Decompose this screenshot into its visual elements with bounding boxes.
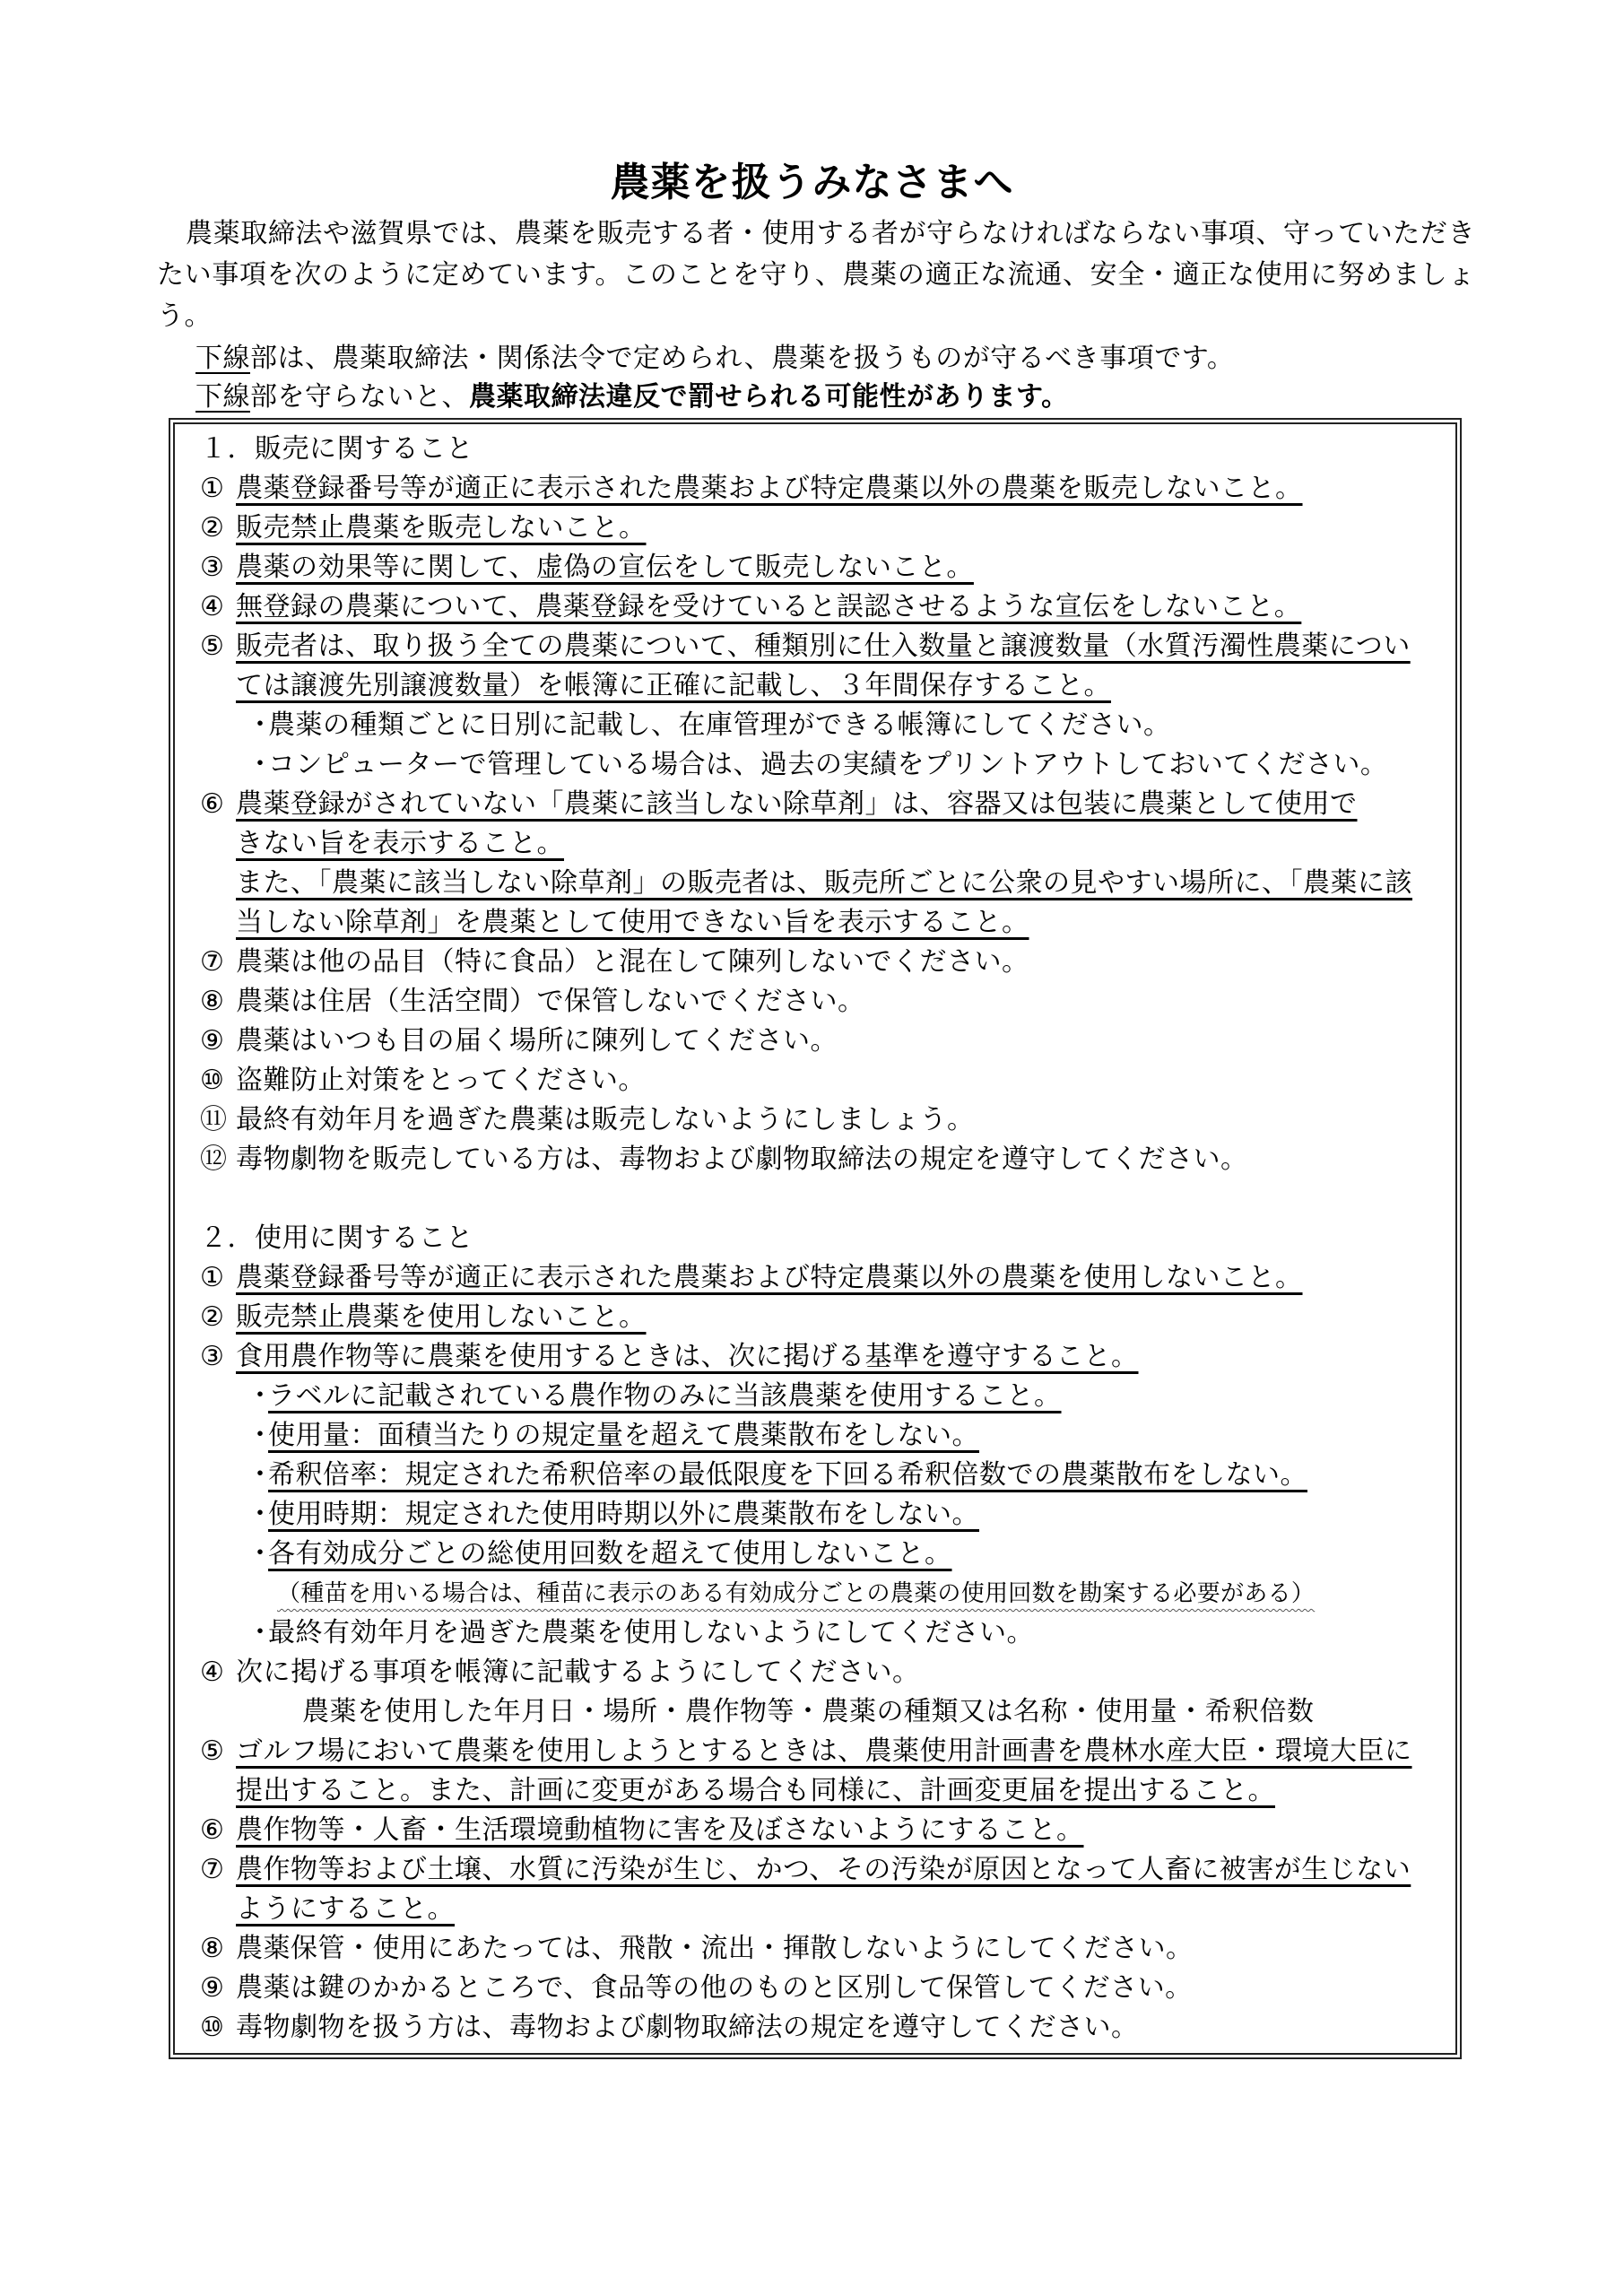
list-item: ⑫毒物劇物を販売している方は、毒物および劇物取締法の規定を遵守してください。 <box>196 1140 1446 1179</box>
bullet-text: 各有効成分ごとの総使用回数を超えて使用しないこと。 <box>247 1535 952 1574</box>
underline-legend-text: 部は、農薬取締法・関係法令で定められ、農薬を扱うものが守るべき事項です。 <box>250 343 1234 374</box>
bullet-text: コンピューターで管理している場合は、過去の実績をプリントアウトしておいてください… <box>247 745 1387 785</box>
item-line-text: 販売者は、取り扱う全ての農薬について、種類別に仕入数量と譲渡数量（水質汚濁性農薬… <box>236 631 1411 662</box>
item-line-text: 次に掲げる事項を帳簿に記載するようにしてください。 <box>236 1657 920 1688</box>
bullet-text: 最終有効年月を過ぎた農薬を使用しないようにしてください。 <box>247 1613 1034 1653</box>
list-item: ⑩盗難防止対策をとってください。 <box>196 1061 1446 1100</box>
item-line-text: ようにすること。 <box>236 1893 455 1925</box>
item-line-text: 盗難防止対策をとってください。 <box>236 1065 646 1096</box>
item-text: 無登録の農薬について、農薬登録を受けていると誤認させるような宣伝をしないこと。 <box>236 587 1446 627</box>
item-line-text: 農作物等・人畜・生活環境動植物に害を及ぼさないようにすること。 <box>236 1814 1084 1846</box>
circled-number: ④ <box>200 1653 224 1692</box>
item-line: 農薬の効果等に関して、虚偽の宣伝をして販売しないこと。 <box>236 548 1446 587</box>
list-item: ⑤ゴルフ場において農薬を使用しようとするときは、農薬使用計画書を農林水産大臣・環… <box>196 1732 1446 1811</box>
item-line: 農薬は他の品目（特に食品）と混在して陳列しないでください。 <box>236 943 1446 982</box>
bullet-dot: ・ <box>247 1495 274 1535</box>
sales-items: ①農薬登録番号等が適正に表示された農薬および特定農薬以外の農薬を販売しないこと。… <box>196 469 1446 1179</box>
item-line: 食用農作物等に農薬を使用するときは、次に掲げる基準を遵守すること。 <box>236 1337 1446 1377</box>
circled-number: ④ <box>200 587 224 627</box>
item-line-text: 農薬は住居（生活空間）で保管しないでください。 <box>236 986 865 1017</box>
item-line: 提出すること。また、計画に変更がある場合も同様に、計画変更届を提出すること。 <box>236 1771 1446 1811</box>
penalty-warning-note: 下線部を守らないと、農薬取締法違反で罰せられる可能性があります。 <box>195 378 1469 417</box>
item-line-text: 無登録の農薬について、農薬登録を受けていると誤認させるような宣伝をしないこと。 <box>236 591 1301 622</box>
item-text: 農作物等・人畜・生活環境動植物に害を及ぼさないようにすること。 <box>236 1811 1446 1850</box>
item-text: 農薬は他の品目（特に食品）と混在して陳列しないでください。 <box>236 943 1446 982</box>
item-line-text: ゴルフ場において農薬を使用しようとするときは、農薬使用計画書を農林水産大臣・環境… <box>236 1735 1412 1767</box>
bullet-text: ラベルに記載されている農作物のみに当該農薬を使用すること。 <box>247 1377 1062 1416</box>
circled-number: ⑤ <box>200 1732 224 1771</box>
item-text: 農薬登録番号等が適正に表示された農薬および特定農薬以外の農薬を使用しないこと。 <box>236 1258 1446 1298</box>
item-line: 農作物等および土壌、水質に汚染が生じ、かつ、その汚染が原因となって人畜に被害が生… <box>236 1850 1446 1890</box>
list-item: ④無登録の農薬について、農薬登録を受けていると誤認させるような宣伝をしないこと。 <box>196 587 1446 627</box>
list-item: ①農薬登録番号等が適正に表示された農薬および特定農薬以外の農薬を販売しないこと。 <box>196 469 1446 509</box>
item-line: 毒物劇物を販売している方は、毒物および劇物取締法の規定を遵守してください。 <box>236 1140 1446 1179</box>
item-line: ようにすること。 <box>236 1890 1446 1929</box>
circled-number: ① <box>200 1258 224 1298</box>
item-text: 次に掲げる事項を帳簿に記載するようにしてください。 <box>236 1653 1446 1692</box>
item-line: 農薬は鍵のかかるところで、食品等の他のものと区別して保管してください。 <box>236 1969 1446 2008</box>
bullet-text: 農薬の種類ごとに日別に記載し、在庫管理ができる帳簿にしてください。 <box>247 706 1171 745</box>
list-item: ⑩毒物劇物を扱う方は、毒物および劇物取締法の規定を遵守してください。 <box>196 2008 1446 2048</box>
item-line: また、「農薬に該当しない除草剤」の販売者は、販売所ごとに公衆の見やすい場所に、「… <box>236 864 1446 903</box>
item-line: 最終有効年月を過ぎた農薬は販売しないようにしましょう。 <box>236 1100 1446 1140</box>
bullet-dot: ・ <box>247 1377 274 1416</box>
bullet-text: 使用量：面積当たりの規定量を超えて農薬散布をしない。 <box>247 1416 979 1456</box>
item-line: ゴルフ場において農薬を使用しようとするときは、農薬使用計画書を農林水産大臣・環境… <box>236 1732 1446 1771</box>
list-item: ⑤販売者は、取り扱う全ての農薬について、種類別に仕入数量と譲渡数量（水質汚濁性農… <box>196 627 1446 706</box>
list-item: ⑪最終有効年月を過ぎた農薬は販売しないようにしましょう。 <box>196 1100 1446 1140</box>
circled-number: ⑤ <box>200 627 224 666</box>
item-text: 農薬は鍵のかかるところで、食品等の他のものと区別して保管してください。 <box>236 1969 1446 2008</box>
bullet-item: ・農薬の種類ごとに日別に記載し、在庫管理ができる帳簿にしてください。 <box>196 706 1446 745</box>
seed-usage-note: （種苗を用いる場合は、種苗に表示のある有効成分ごとの農薬の使用回数を勘案する必要… <box>196 1574 1446 1613</box>
circled-number: ② <box>200 509 224 548</box>
item-line: 農薬登録がされていない「農薬に該当しない除草剤」は、容器又は包装に農薬として使用… <box>236 785 1446 824</box>
item-line-text: 毒物劇物を扱う方は、毒物および劇物取締法の規定を遵守してください。 <box>236 2012 1139 2043</box>
circled-number: ③ <box>200 548 224 587</box>
list-item: ②販売禁止農薬を販売しないこと。 <box>196 509 1446 548</box>
list-item: ⑥農作物等・人畜・生活環境動植物に害を及ぼさないようにすること。 <box>196 1811 1446 1850</box>
list-item: ⑧農薬は住居（生活空間）で保管しないでください。 <box>196 982 1446 1022</box>
item-line-text: 農作物等および土壌、水質に汚染が生じ、かつ、その汚染が原因となって人畜に被害が生… <box>236 1854 1411 1885</box>
bullet-dot: ・ <box>247 706 274 745</box>
item-line-text: 農薬は鍵のかかるところで、食品等の他のものと区別して保管してください。 <box>236 1972 1193 2004</box>
item-line-text: 毒物劇物を販売している方は、毒物および劇物取締法の規定を遵守してください。 <box>236 1144 1248 1175</box>
item-line: 販売禁止農薬を販売しないこと。 <box>236 509 1446 548</box>
circled-number: ⑩ <box>200 2008 224 2048</box>
bullet-item: ・使用量：面積当たりの規定量を超えて農薬散布をしない。 <box>196 1416 1446 1456</box>
penalty-warning-bold: 農薬取締法違反で罰せられる可能性があります。 <box>469 381 1069 413</box>
item-line-text: 食用農作物等に農薬を使用するときは、次に掲げる基準を遵守すること。 <box>236 1341 1139 1372</box>
bullet-dot: ・ <box>247 1535 274 1574</box>
item-text: 販売禁止農薬を販売しないこと。 <box>236 509 1446 548</box>
circled-number: ⑥ <box>200 785 224 824</box>
bullet-item: ・コンピューターで管理している場合は、過去の実績をプリントアウトしておいてくださ… <box>196 745 1446 785</box>
bullet-dot: ・ <box>247 1416 274 1456</box>
item-line-text: 提出すること。また、計画に変更がある場合も同様に、計画変更届を提出すること。 <box>236 1775 1275 1806</box>
item-line-text: 当しない除草剤」を農薬として使用できない旨を表示すること。 <box>236 907 1029 938</box>
item-line-text: 最終有効年月を過ぎた農薬は販売しないようにしましょう。 <box>236 1104 975 1135</box>
list-item: ⑨農薬は鍵のかかるところで、食品等の他のものと区別して保管してください。 <box>196 1969 1446 2008</box>
section-heading-sales: １．販売に関すること <box>196 430 1446 469</box>
use-items: ①農薬登録番号等が適正に表示された農薬および特定農薬以外の農薬を使用しないこと。… <box>196 1258 1446 2048</box>
item-line-text: 販売禁止農薬を販売しないこと。 <box>236 512 647 544</box>
bullet-item: ・希釈倍率：規定された希釈倍率の最低限度を下回る希釈倍数での農薬散布をしない。 <box>196 1456 1446 1495</box>
circled-number: ③ <box>200 1337 224 1377</box>
item-text: 毒物劇物を販売している方は、毒物および劇物取締法の規定を遵守してください。 <box>236 1140 1446 1179</box>
bullet-dot: ・ <box>247 1456 274 1495</box>
bullet-item: ・使用時期：規定された使用時期以外に農薬散布をしない。 <box>196 1495 1446 1535</box>
item-line: 販売者は、取り扱う全ての農薬について、種類別に仕入数量と譲渡数量（水質汚濁性農薬… <box>236 627 1446 666</box>
item-text: 農薬登録番号等が適正に表示された農薬および特定農薬以外の農薬を販売しないこと。 <box>236 469 1446 509</box>
list-item: ③農薬の効果等に関して、虚偽の宣伝をして販売しないこと。 <box>196 548 1446 587</box>
item-text: 食用農作物等に農薬を使用するときは、次に掲げる基準を遵守すること。 <box>236 1337 1446 1377</box>
item-line-text: 農薬は他の品目（特に食品）と混在して陳列しないでください。 <box>236 946 1029 978</box>
item-line-text: きない旨を表示すること。 <box>236 828 564 859</box>
underline-sample: 下線 <box>195 343 250 374</box>
item-text: 最終有効年月を過ぎた農薬は販売しないようにしましょう。 <box>236 1100 1446 1140</box>
circled-number: ② <box>200 1298 224 1337</box>
page-title: 農薬を扱うみなさまへ <box>0 158 1624 208</box>
circled-number: ⑧ <box>200 1929 224 1969</box>
item-text: 農薬はいつも目の届く場所に陳列してください。 <box>236 1022 1446 1061</box>
item-text: 販売者は、取り扱う全ての農薬について、種類別に仕入数量と譲渡数量（水質汚濁性農薬… <box>236 627 1446 706</box>
item-text: 農薬登録がされていない「農薬に該当しない除草剤」は、容器又は包装に農薬として使用… <box>236 785 1446 943</box>
item-line-text: 農薬保管・使用にあたっては、飛散・流出・揮散しないようにしてください。 <box>236 1933 1194 1964</box>
item-text: ゴルフ場において農薬を使用しようとするときは、農薬使用計画書を農林水産大臣・環境… <box>236 1732 1446 1811</box>
section-gap <box>196 1179 1446 1219</box>
circled-number: ⑥ <box>200 1811 224 1850</box>
section-heading-use: ２．使用に関すること <box>196 1219 1446 1258</box>
list-item: ①農薬登録番号等が適正に表示された農薬および特定農薬以外の農薬を使用しないこと。 <box>196 1258 1446 1298</box>
item-line: 農薬はいつも目の届く場所に陳列してください。 <box>236 1022 1446 1061</box>
item-line-text: 農薬はいつも目の届く場所に陳列してください。 <box>236 1025 838 1057</box>
circled-number: ⑩ <box>200 1061 224 1100</box>
item-line: ては譲渡先別譲渡数量）を帳簿に正確に記載し、３年間保存すること。 <box>236 666 1446 706</box>
circled-number: ⑦ <box>200 943 224 982</box>
item-line: 農作物等・人畜・生活環境動植物に害を及ぼさないようにすること。 <box>236 1811 1446 1850</box>
item-line-text: 農薬の効果等に関して、虚偽の宣伝をして販売しないこと。 <box>236 552 974 583</box>
list-item: ⑥農薬登録がされていない「農薬に該当しない除草剤」は、容器又は包装に農薬として使… <box>196 785 1446 943</box>
item-line: 無登録の農薬について、農薬登録を受けていると誤認させるような宣伝をしないこと。 <box>236 587 1446 627</box>
bullet-item: ・ラベルに記載されている農作物のみに当該農薬を使用すること。 <box>196 1377 1446 1416</box>
item-line: 毒物劇物を扱う方は、毒物および劇物取締法の規定を遵守してください。 <box>236 2008 1446 2048</box>
item-line: 農薬登録番号等が適正に表示された農薬および特定農薬以外の農薬を販売しないこと。 <box>236 469 1446 509</box>
item-line: 農薬保管・使用にあたっては、飛散・流出・揮散しないようにしてください。 <box>236 1929 1446 1969</box>
item-line-text: また、「農薬に該当しない除草剤」の販売者は、販売所ごとに公衆の見やすい場所に、「… <box>236 867 1412 899</box>
bullet-item: ・最終有効年月を過ぎた農薬を使用しないようにしてください。 <box>196 1613 1446 1653</box>
item-text: 農作物等および土壌、水質に汚染が生じ、かつ、その汚染が原因となって人畜に被害が生… <box>236 1850 1446 1929</box>
item-line: きない旨を表示すること。 <box>236 824 1446 864</box>
intro-paragraph: 農薬取締法や滋賀県では、農薬を販売する者・使用する者が守らなければならない事項、… <box>157 213 1475 337</box>
circled-number: ⑨ <box>200 1022 224 1061</box>
list-item: ⑨農薬はいつも目の届く場所に陳列してください。 <box>196 1022 1446 1061</box>
bullet-text: 希釈倍率：規定された希釈倍率の最低限度を下回る希釈倍数での農薬散布をしない。 <box>247 1456 1307 1495</box>
list-item: ⑧農薬保管・使用にあたっては、飛散・流出・揮散しないようにしてください。 <box>196 1929 1446 1969</box>
penalty-warning-text: 部を守らないと、 <box>250 381 469 413</box>
item-line-text: 農薬登録番号等が適正に表示された農薬および特定農薬以外の農薬を販売しないこと。 <box>236 473 1303 504</box>
circled-number: ⑧ <box>200 982 224 1022</box>
item-text: 農薬の効果等に関して、虚偽の宣伝をして販売しないこと。 <box>236 548 1446 587</box>
list-item: ④次に掲げる事項を帳簿に記載するようにしてください。 <box>196 1653 1446 1692</box>
item-line: 次に掲げる事項を帳簿に記載するようにしてください。 <box>236 1653 1446 1692</box>
item-text: 農薬保管・使用にあたっては、飛散・流出・揮散しないようにしてください。 <box>236 1929 1446 1969</box>
seed-usage-note-text: （種苗を用いる場合は、種苗に表示のある有効成分ごとの農薬の使用回数を勘案する必要… <box>277 1580 1315 1607</box>
item-line-text: ては譲渡先別譲渡数量）を帳簿に正確に記載し、３年間保存すること。 <box>236 670 1111 701</box>
circled-number: ⑫ <box>200 1140 228 1179</box>
record-fields-list: 農薬を使用した年月日・場所・農作物等・農薬の種類又は名称・使用量・希釈倍数 <box>196 1692 1446 1732</box>
list-item: ⑦農作物等および土壌、水質に汚染が生じ、かつ、その汚染が原因となって人畜に被害が… <box>196 1850 1446 1929</box>
list-item: ③食用農作物等に農薬を使用するときは、次に掲げる基準を遵守すること。 <box>196 1337 1446 1377</box>
bullet-text: 使用時期：規定された使用時期以外に農薬散布をしない。 <box>247 1495 979 1535</box>
bullet-dot: ・ <box>247 1613 274 1653</box>
rules-box-content: １．販売に関すること ①農薬登録番号等が適正に表示された農薬および特定農薬以外の… <box>196 430 1446 2048</box>
item-line-text: 農薬登録番号等が適正に表示された農薬および特定農薬以外の農薬を使用しないこと。 <box>236 1262 1303 1293</box>
list-item: ②販売禁止農薬を使用しないこと。 <box>196 1298 1446 1337</box>
item-text: 販売禁止農薬を使用しないこと。 <box>236 1298 1446 1337</box>
item-line: 盗難防止対策をとってください。 <box>236 1061 1446 1100</box>
item-line: 当しない除草剤」を農薬として使用できない旨を表示すること。 <box>236 903 1446 943</box>
list-item: ⑦農薬は他の品目（特に食品）と混在して陳列しないでください。 <box>196 943 1446 982</box>
item-line: 農薬登録番号等が適正に表示された農薬および特定農薬以外の農薬を使用しないこと。 <box>236 1258 1446 1298</box>
item-line-text: 農薬登録がされていない「農薬に該当しない除草剤」は、容器又は包装に農薬として使用… <box>236 788 1358 820</box>
circled-number: ⑦ <box>200 1850 224 1890</box>
bullet-dot: ・ <box>247 745 274 785</box>
underline-legend-note: 下線部は、農薬取締法・関係法令で定められ、農薬を扱うものが守るべき事項です。 <box>195 339 1469 378</box>
item-text: 農薬は住居（生活空間）で保管しないでください。 <box>236 982 1446 1022</box>
item-line: 農薬は住居（生活空間）で保管しないでください。 <box>236 982 1446 1022</box>
item-line-text: 販売禁止農薬を使用しないこと。 <box>236 1301 647 1333</box>
circled-number: ⑪ <box>200 1100 228 1140</box>
underline-sample: 下線 <box>195 381 250 413</box>
notice-page: 農薬を扱うみなさまへ 農薬取締法や滋賀県では、農薬を販売する者・使用する者が守ら… <box>0 0 1624 2296</box>
circled-number: ① <box>200 469 224 509</box>
bullet-item: ・各有効成分ごとの総使用回数を超えて使用しないこと。 <box>196 1535 1446 1574</box>
item-line: 販売禁止農薬を使用しないこと。 <box>236 1298 1446 1337</box>
item-text: 毒物劇物を扱う方は、毒物および劇物取締法の規定を遵守してください。 <box>236 2008 1446 2048</box>
rules-box: １．販売に関すること ①農薬登録番号等が適正に表示された農薬および特定農薬以外の… <box>169 418 1462 2059</box>
circled-number: ⑨ <box>200 1969 224 2008</box>
item-text: 盗難防止対策をとってください。 <box>236 1061 1446 1100</box>
